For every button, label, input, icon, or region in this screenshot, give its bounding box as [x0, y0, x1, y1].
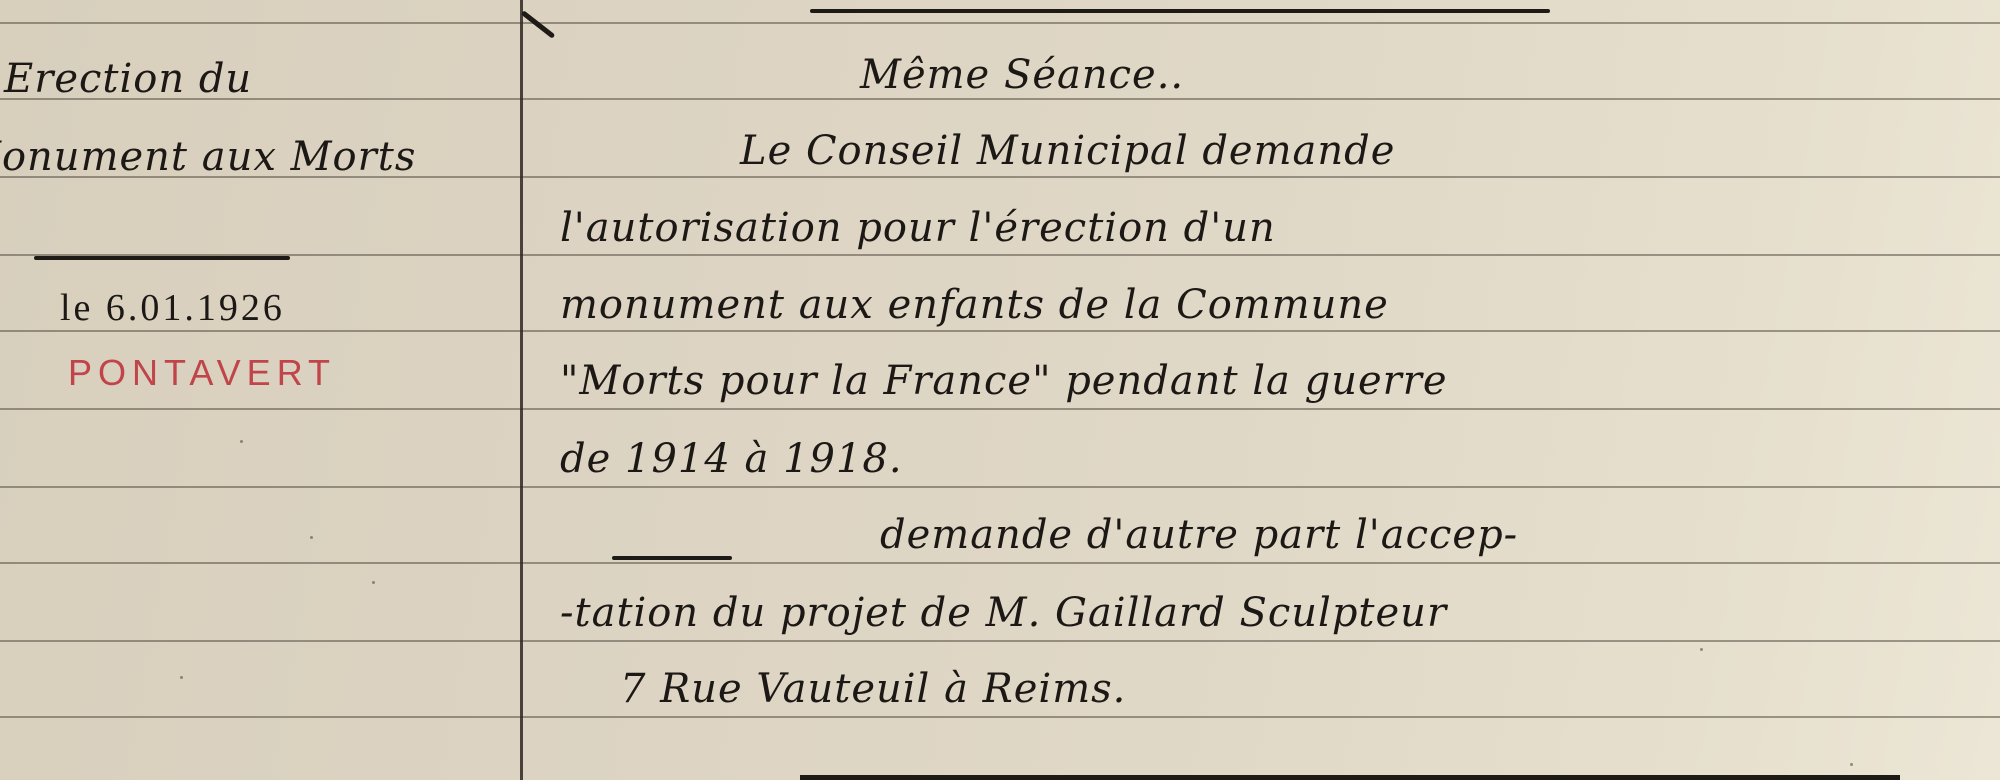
- ruled-line: [0, 640, 2000, 642]
- margin-date: le 6.01.1926: [60, 286, 285, 330]
- body-line-7: -tation du projet de M. Gaillard Sculpte…: [560, 590, 1447, 636]
- ruled-line: [0, 408, 2000, 410]
- paper-speck: [1700, 648, 1703, 651]
- ruled-line: [0, 254, 2000, 256]
- margin-underline: [34, 256, 290, 260]
- ditto-dash: [612, 556, 732, 560]
- body-line-5: de 1914 à 1918.: [560, 436, 903, 482]
- paper-speck: [372, 581, 375, 584]
- ruled-line: [0, 716, 2000, 718]
- ruled-line: [0, 562, 2000, 564]
- ruled-line: [0, 486, 2000, 488]
- ruled-line: [0, 330, 2000, 332]
- ruled-line: [0, 22, 2000, 24]
- margin-place-stamp: PONTAVERT: [68, 352, 336, 394]
- margin-title-line2: Monument aux Morts: [0, 134, 416, 180]
- body-line-2: l'autorisation pour l'érection d'un: [560, 205, 1276, 251]
- margin-rule: [520, 0, 523, 780]
- body-line-4: "Morts pour la France" pendant la guerre: [560, 358, 1448, 404]
- paper-speck: [180, 676, 183, 679]
- body-line-6: demande d'autre part l'accep-: [880, 512, 1518, 558]
- body-line-3: monument aux enfants de la Commune: [560, 282, 1389, 328]
- section-separator-bottom: [800, 775, 1900, 780]
- paper-speck: [240, 440, 243, 443]
- body-line-8: 7 Rue Vauteuil à Reims.: [620, 666, 1126, 712]
- paper-speck: [310, 536, 313, 539]
- ink-stroke: [521, 10, 556, 39]
- ruled-line: [0, 98, 2000, 100]
- paper-speck: [1850, 763, 1853, 766]
- body-line-1: Le Conseil Municipal demande: [740, 128, 1395, 174]
- session-heading: Même Séance..: [860, 52, 1184, 98]
- margin-title-line1: Erection du: [4, 56, 252, 102]
- section-separator-top: [810, 9, 1550, 13]
